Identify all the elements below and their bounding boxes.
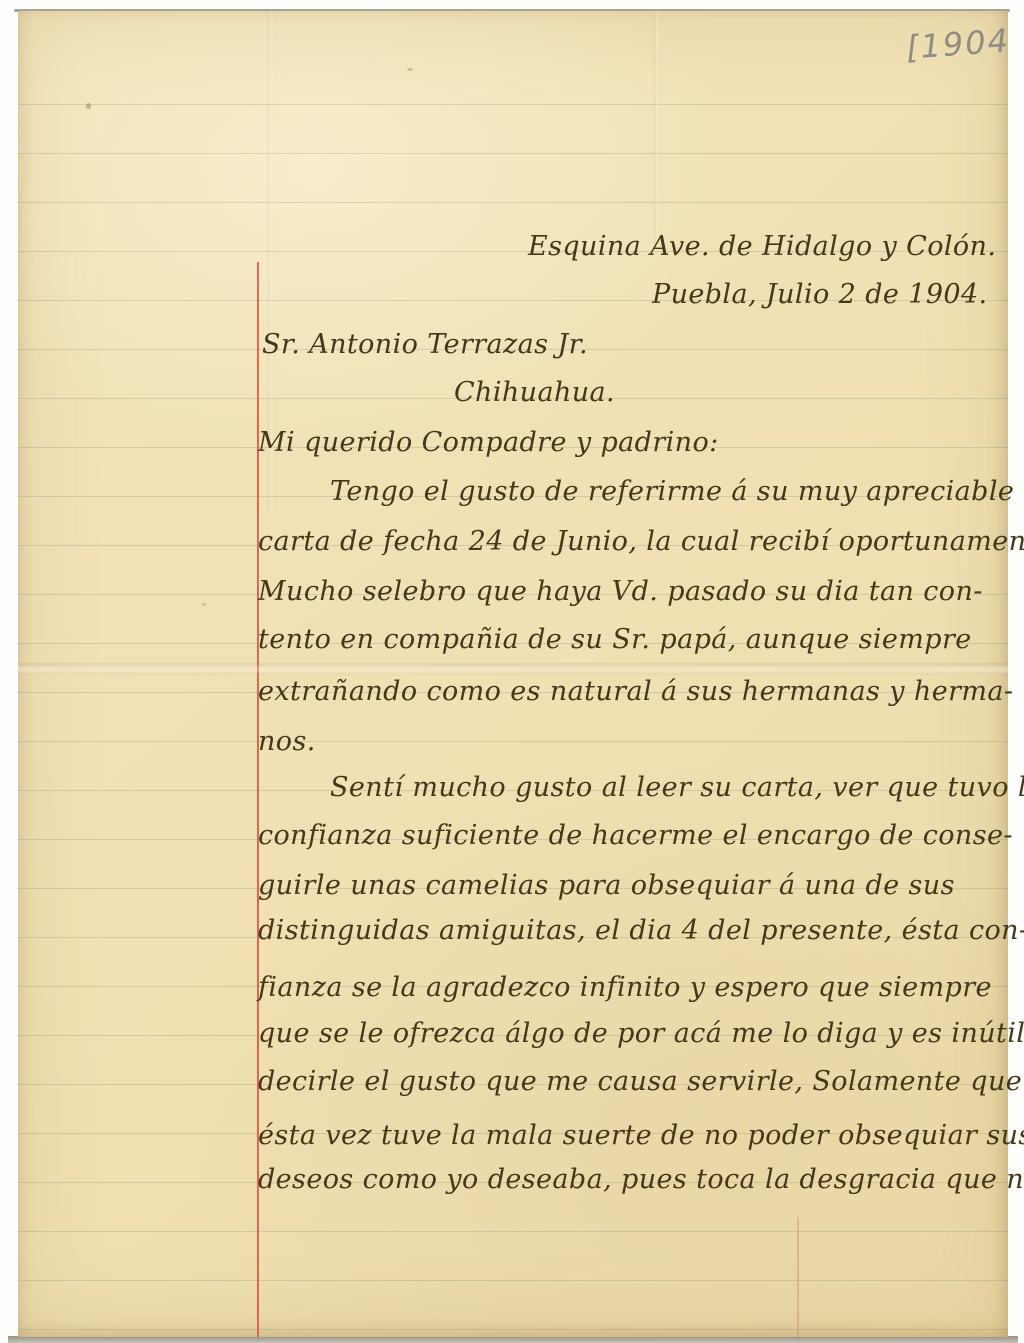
archival-year-note: [1904 [905,21,1011,66]
paper-bottom-edge-shadow [8,1336,1018,1343]
letter-page: [1904 Esquina Ave. de Hidalgo y Colón. P… [18,11,1008,1337]
paragraph2-line1: Sentí mucho gusto al leer su carta, ver … [330,772,1024,803]
horizontal-fold-crease [18,663,1008,675]
paragraph1-line3: Mucho selebro que haya Vd. pasado su dia… [258,576,983,607]
paragraph2-line4: distinguidas amiguitas, el dia 4 del pre… [258,915,1024,946]
recipient-city-line: Chihuahua. [454,377,615,408]
paragraph2-line7: decirle el gusto que me causa servirle, … [258,1066,1024,1097]
paragraph2-line9: deseos como yo deseaba, pues toca la des… [258,1164,1024,1195]
salutation-line: Mi querido Compadre y padrino: [258,427,719,458]
recipient-name-line: Sr. Antonio Terrazas Jr. [262,329,588,360]
paragraph2-line5: fianza se la agradezco infinito y espero… [258,972,992,1003]
scan-background: [1904 Esquina Ave. de Hidalgo y Colón. P… [0,0,1024,1343]
paragraph1-line5: extrañando como es natural á sus hermana… [258,676,1013,707]
letter-return-address: Esquina Ave. de Hidalgo y Colón. [528,231,996,262]
paragraph2-line2: confianza suficiente de hacerme el encar… [258,820,1013,851]
paper-speck [407,68,413,71]
paragraph2-line3: guirle unas camelias para obsequiar á un… [258,870,955,901]
paragraph1-line6: nos. [258,726,316,757]
vertical-fold-crease-center [654,11,661,246]
paragraph1-line1: Tengo el gusto de referirme á su muy apr… [330,476,1014,507]
paragraph1-line2: carta de fecha 24 de Junio, la cual reci… [258,526,1024,557]
paragraph2-line6: que se le ofrezca álgo de por acá me lo … [258,1018,1024,1049]
faint-vertical-line-bottom [797,1217,799,1337]
paper-speck [86,103,91,109]
paragraph1-line4: tento en compañia de su Sr. papá, aunque… [258,624,972,655]
letter-date-line: Puebla, Julio 2 de 1904. [652,279,988,310]
paragraph2-line8: ésta vez tuve la mala suerte de no poder… [258,1120,1024,1151]
paper-speck [202,603,206,606]
